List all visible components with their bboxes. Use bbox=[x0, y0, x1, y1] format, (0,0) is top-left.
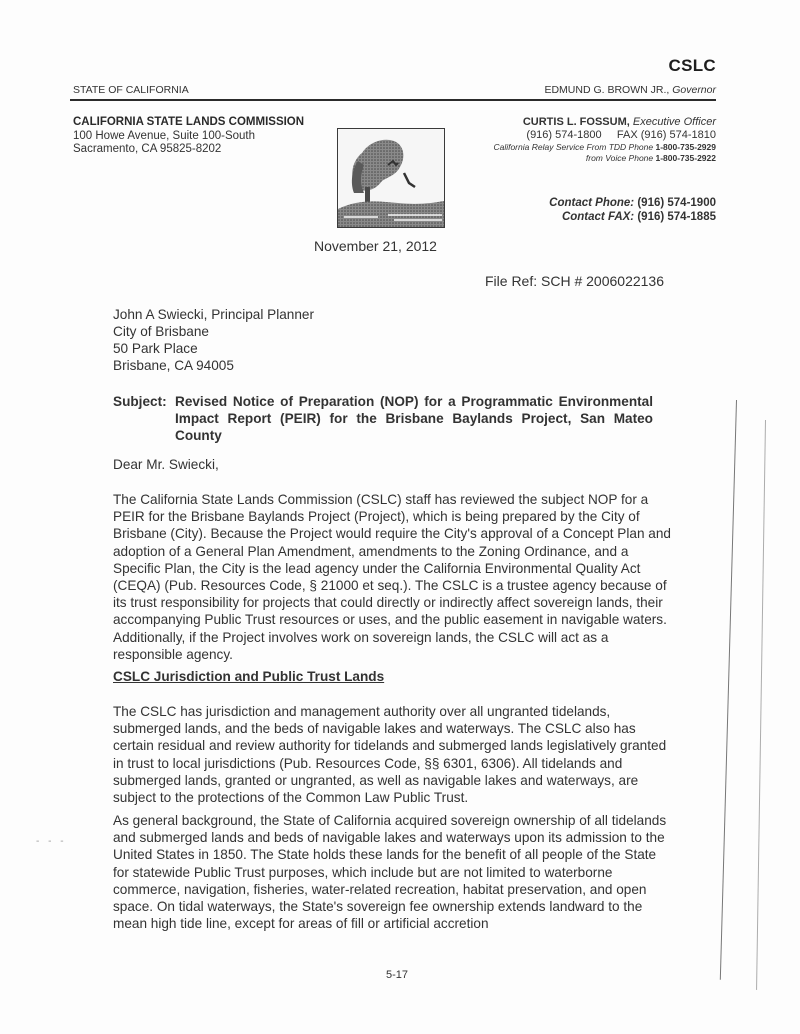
scan-artifact-line bbox=[756, 420, 766, 990]
body-paragraph-2: The CSLC has jurisdiction and management… bbox=[113, 703, 673, 806]
scan-artifact-line bbox=[720, 400, 737, 980]
tree-and-bird-logo-icon bbox=[337, 128, 445, 228]
commission-address-block: CALIFORNIA STATE LANDS COMMISSION 100 Ho… bbox=[73, 116, 304, 157]
officer-phone: (916) 574-1800 bbox=[526, 129, 601, 141]
contact-block: Contact Phone: (916) 574-1900 Contact FA… bbox=[549, 196, 716, 224]
addressee-block: John A Swiecki, Principal Planner City o… bbox=[113, 306, 314, 374]
relay-voice-number: 1-800-735-2922 bbox=[656, 153, 717, 163]
subject-text: Revised Notice of Preparation (NOP) for … bbox=[175, 393, 653, 444]
section-heading: CSLC Jurisdiction and Public Trust Lands bbox=[113, 669, 384, 684]
relay-voice-label: from Voice Phone bbox=[586, 153, 653, 163]
subject-label: Subject: bbox=[113, 393, 167, 410]
contact-fax-label: Contact FAX: bbox=[562, 211, 634, 223]
addressee-line-1: John A Swiecki, Principal Planner bbox=[113, 306, 314, 323]
body-paragraph-3: As general background, the State of Cali… bbox=[113, 812, 673, 932]
governor-name: EDMUND G. BROWN JR., bbox=[544, 84, 669, 96]
addressee-line-2: City of Brisbane bbox=[113, 323, 314, 340]
subject-block: Subject: Revised Notice of Preparation (… bbox=[113, 393, 653, 444]
relay-tdd-number: 1-800-735-2929 bbox=[656, 142, 717, 152]
governor-title: Governor bbox=[672, 84, 716, 96]
body-paragraph-1: The California State Lands Commission (C… bbox=[113, 491, 673, 663]
contact-fax-value: (916) 574-1885 bbox=[637, 211, 716, 223]
officer-title: Executive Officer bbox=[633, 116, 716, 128]
contact-phone-label: Contact Phone: bbox=[549, 197, 634, 209]
scan-artifact-dashes: - - - bbox=[36, 836, 67, 847]
commission-name: CALIFORNIA STATE LANDS COMMISSION bbox=[73, 116, 304, 130]
relay-tdd-line: California Relay Service From TDD Phone … bbox=[493, 142, 716, 153]
relay-voice-line: from Voice Phone 1-800-735-2922 bbox=[493, 153, 716, 164]
address-line-1: 100 Howe Avenue, Suite 100-South bbox=[73, 130, 304, 144]
relay-tdd-label: California Relay Service From TDD Phone bbox=[493, 142, 653, 152]
page-number: 5-17 bbox=[386, 969, 408, 981]
executive-officer-block: CURTIS L. FOSSUM, Executive Officer (916… bbox=[493, 116, 716, 164]
letter-date: November 21, 2012 bbox=[314, 238, 437, 254]
salutation: Dear Mr. Swiecki, bbox=[113, 457, 219, 472]
header-divider bbox=[70, 99, 716, 101]
governor-line: EDMUND G. BROWN JR., Governor bbox=[544, 84, 716, 96]
letter-page: CSLC STATE OF CALIFORNIA EDMUND G. BROWN… bbox=[0, 0, 800, 1034]
addressee-line-3: 50 Park Place bbox=[113, 340, 314, 357]
agency-abbreviation: CSLC bbox=[669, 56, 716, 76]
file-reference: File Ref: SCH # 2006022136 bbox=[485, 273, 664, 289]
address-line-2: Sacramento, CA 95825-8202 bbox=[73, 143, 304, 157]
officer-name: CURTIS L. FOSSUM, bbox=[523, 116, 630, 128]
officer-fax: FAX (916) 574-1810 bbox=[617, 129, 716, 141]
contact-phone-value: (916) 574-1900 bbox=[637, 197, 716, 209]
state-label: STATE OF CALIFORNIA bbox=[73, 84, 189, 96]
addressee-line-4: Brisbane, CA 94005 bbox=[113, 357, 314, 374]
